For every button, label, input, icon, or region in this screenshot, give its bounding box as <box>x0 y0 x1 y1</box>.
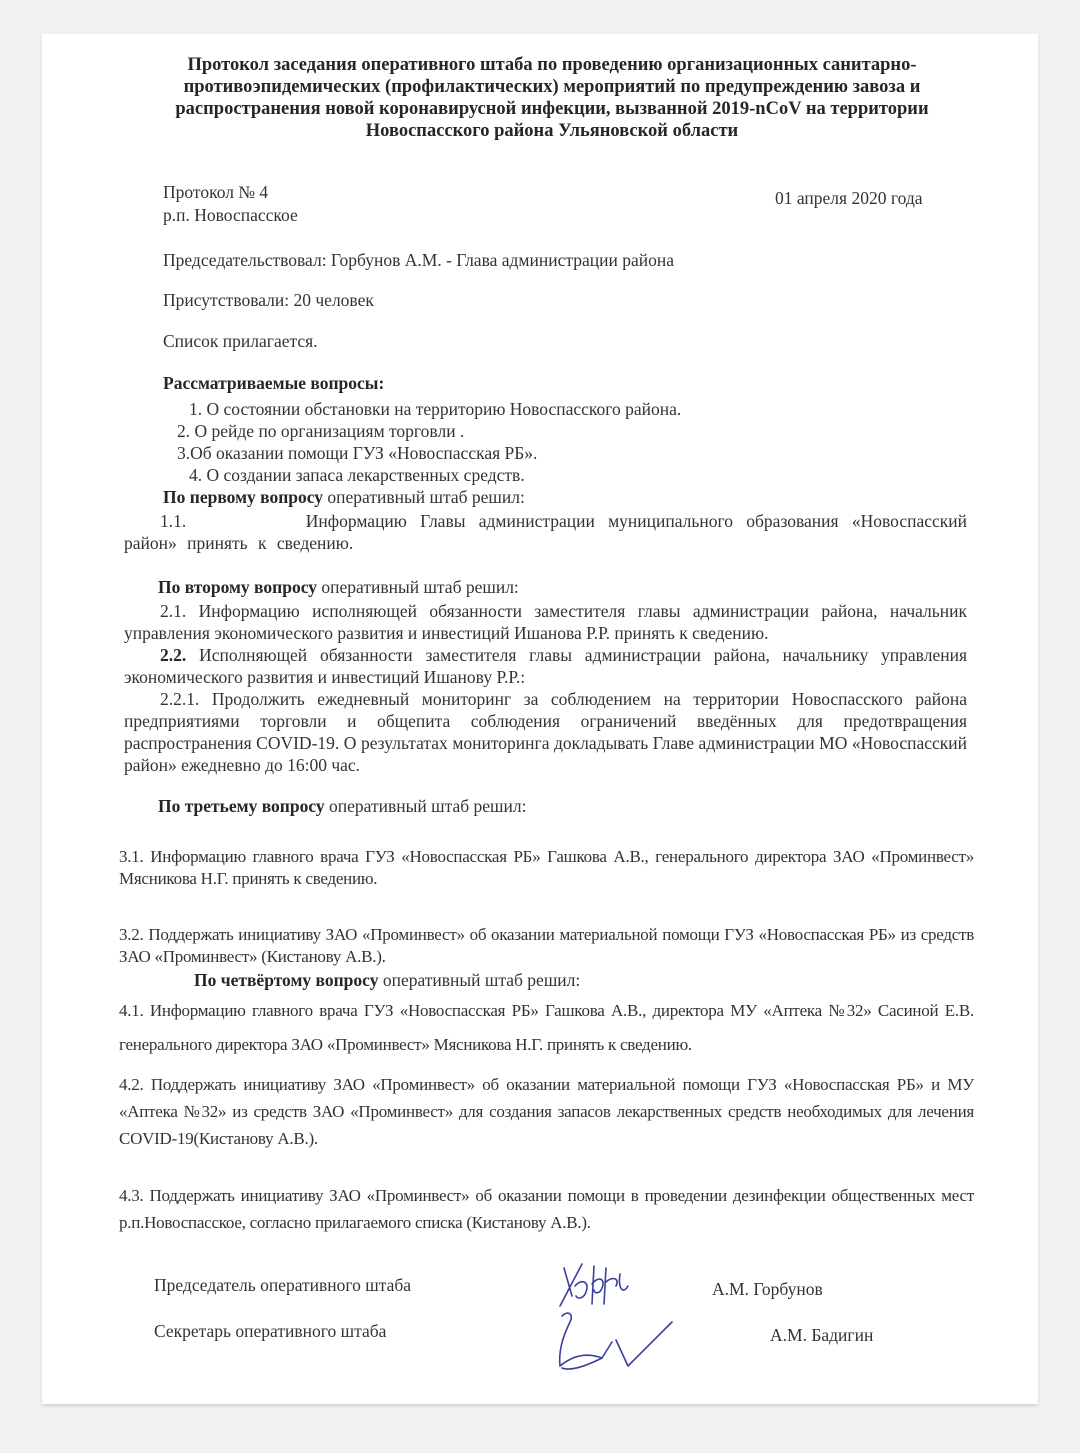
q4-heading: По четвёртому вопросу оперативный штаб р… <box>194 970 580 991</box>
agenda-item: 2. О рейде по организациям торговли . <box>177 421 464 442</box>
document-title: Протокол заседания оперативного штаба по… <box>142 54 962 142</box>
secretary-name: А.М. Бадигин <box>770 1325 873 1346</box>
secretary-role: Секретарь оперативного штаба <box>154 1321 386 1342</box>
q1-heading: По первому вопросу оперативный штаб реши… <box>163 487 525 508</box>
chair-role: Председатель оперативного штаба <box>154 1275 411 1296</box>
q4-item-4-2: 4.2. Поддержать инициативу ЗАО «Проминве… <box>119 1071 974 1152</box>
chair-name: А.М. Горбунов <box>712 1279 823 1300</box>
q2-item-2-2-1: 2.2.1. Продолжить ежедневный мониторинг … <box>124 688 967 776</box>
q2-item-2-2: 2.2. Исполняющей обязанности заместителя… <box>124 644 967 688</box>
q3-item-3-2: 3.2. Поддержать инициативу ЗАО «Проминве… <box>119 924 974 968</box>
agenda-item: 4. О создании запаса лекарственных средс… <box>189 465 525 486</box>
q3-item-3-1: 3.1. Информацию главного врача ГУЗ «Ново… <box>119 846 974 890</box>
protocol-number: Протокол № 4 <box>163 182 268 203</box>
q2-item-2-1: 2.1. Информацию исполняющей обязанности … <box>124 600 967 644</box>
document-page: Протокол заседания оперативного штаба по… <box>42 34 1038 1404</box>
q1-item-1-1: 1.1. Информацию Главы администрации муни… <box>124 510 967 554</box>
agenda-item: 3.Об оказании помощи ГУЗ «Новоспасская Р… <box>177 443 537 464</box>
chaired-by: Председательствовал: Горбунов А.М. - Гла… <box>163 250 674 271</box>
q4-item-4-1: 4.1. Информацию главного врача ГУЗ «Ново… <box>119 994 974 1062</box>
list-note: Список прилагается. <box>163 331 318 352</box>
present-count: Присутствовали: 20 человек <box>163 290 374 311</box>
signature-icon <box>542 1256 692 1386</box>
place: р.п. Новоспасское <box>163 205 298 226</box>
date: 01 апреля 2020 года <box>775 188 923 209</box>
agenda-heading: Рассматриваемые вопросы: <box>163 373 384 394</box>
q4-item-4-3: 4.3. Поддержать инициативу ЗАО «Проминве… <box>119 1182 974 1236</box>
agenda-item: 1. О состоянии обстановки на территорию … <box>189 399 681 420</box>
q2-heading: По второму вопросу оперативный штаб реши… <box>158 577 519 598</box>
q3-heading: По третьему вопросу оперативный штаб реш… <box>158 796 526 817</box>
